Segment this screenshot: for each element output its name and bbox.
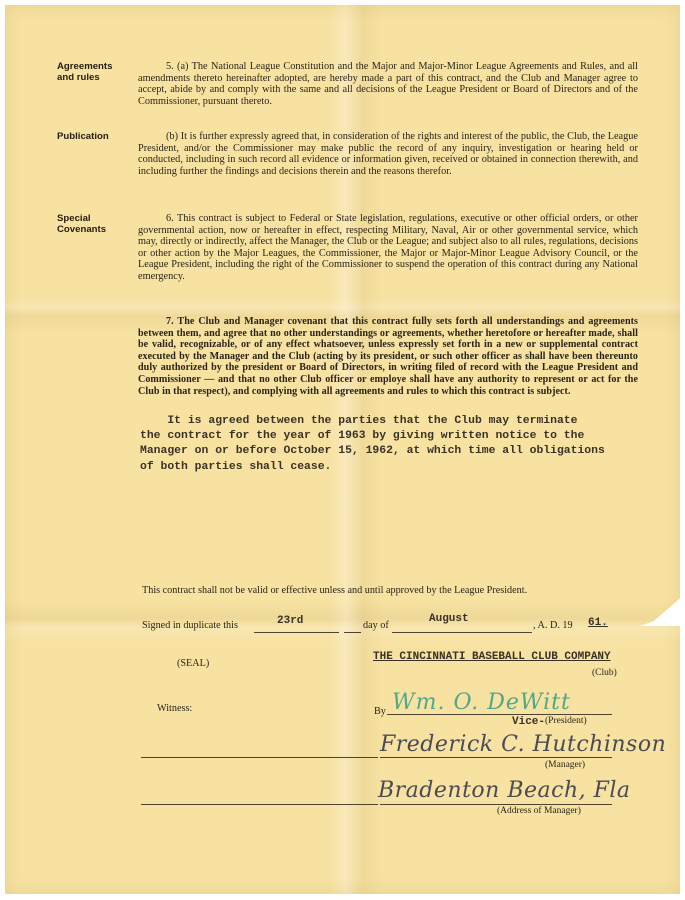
typed-addendum: It is agreed between the parties that th… [140, 414, 640, 475]
officer-title-typed: Vice- [512, 716, 545, 728]
addendum-line: It is agreed between the parties that th… [140, 414, 640, 429]
club-name: THE CINCINNATI BASEBALL CLUB COMPANY [373, 651, 611, 663]
year-value: 61. [588, 617, 608, 629]
witness-label: Witness: [157, 703, 192, 714]
clause-5b: (b) It is further expressly agreed that,… [138, 131, 638, 177]
manager-address: Bradenton Beach, Fla [378, 778, 631, 803]
address-line [380, 804, 612, 805]
day-of-label: day of [363, 620, 389, 631]
clause-5a-text: 5. (a) The National League Constitution … [138, 61, 638, 107]
officer-title-caption: (President) [545, 716, 587, 726]
clause-6: 6. This contract is subject to Federal o… [138, 213, 638, 283]
witness-line-2 [141, 804, 378, 805]
side-label-agreements: Agreements and rules [57, 61, 127, 83]
clause-5b-text: (b) It is further expressly agreed that,… [138, 131, 638, 177]
day-value: 23rd [277, 615, 303, 627]
day-line [254, 632, 339, 633]
ad-label: , A. D. 19 [533, 620, 573, 631]
club-caption: (Club) [592, 668, 617, 678]
addendum-line: Manager on or before October 15, 1962, a… [140, 444, 640, 459]
addendum-line: of both parties shall cease. [140, 460, 640, 475]
manager-caption: (Manager) [545, 760, 585, 770]
side-label-publication: Publication [57, 131, 127, 142]
seal-label: (SEAL) [177, 658, 209, 669]
officer-signature: Wm. O. DeWitt [392, 690, 571, 715]
address-caption: (Address of Manager) [497, 806, 581, 816]
month-line [392, 632, 532, 633]
side-label-special-covenants: Special Covenants [57, 213, 117, 235]
witness-line-1 [141, 757, 378, 758]
signed-prefix: Signed in duplicate this [142, 620, 238, 631]
by-label: By [374, 706, 386, 717]
manager-signature-line [380, 757, 612, 758]
addendum-line: the contract for the year of 1963 by giv… [140, 429, 640, 444]
approval-note: This contract shall not be valid or effe… [142, 585, 527, 596]
clause-7-text: 7. The Club and Manager covenant that th… [138, 316, 638, 397]
manager-signature: Frederick C. Hutchinson [380, 732, 666, 757]
clause-7: 7. The Club and Manager covenant that th… [138, 316, 638, 397]
clause-5a: 5. (a) The National League Constitution … [138, 61, 638, 107]
day-line-extension [344, 632, 361, 633]
month-value: August [429, 613, 469, 625]
clause-6-text: 6. This contract is subject to Federal o… [138, 213, 638, 282]
